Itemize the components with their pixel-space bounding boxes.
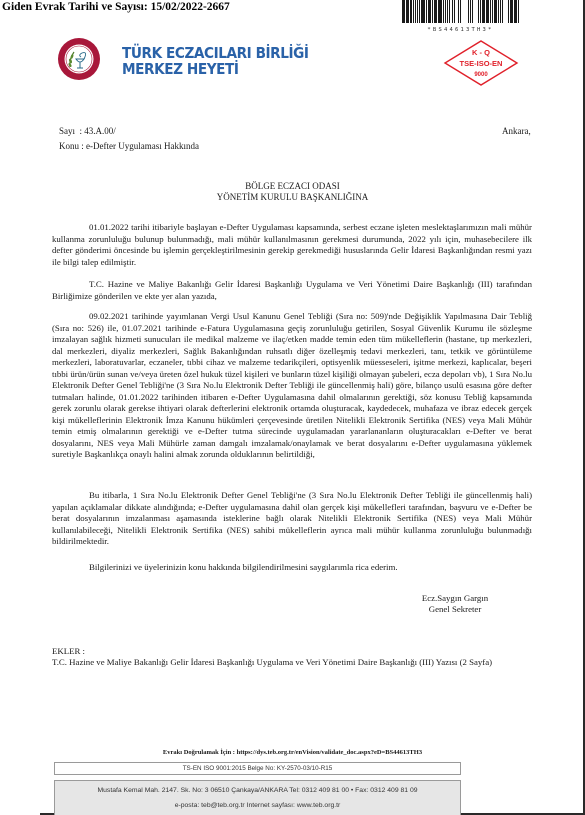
city-date: Ankara, xyxy=(502,126,531,136)
address-block: Mustafa Kemal Mah. 2147. Sk. No: 3 06510… xyxy=(54,780,461,815)
body-paragraph: 09.02.2021 tarihinde yayımlanan Vergi Us… xyxy=(52,311,532,461)
svg-text:TSE-ISO-EN: TSE-ISO-EN xyxy=(460,59,503,68)
barcode-icon xyxy=(402,0,519,30)
document-number: Sayı : 43.A.00/ xyxy=(59,126,116,136)
body-paragraph: Bilgilerinizi ve üyelerinizin konu hakkı… xyxy=(52,562,532,574)
outgoing-document-stamp: Giden Evrak Tarihi ve Sayısı: 15/02/2022… xyxy=(2,1,230,13)
svg-text:9000: 9000 xyxy=(474,72,488,78)
organization-name: TÜRK ECZACILARI BİRLİĞİ MERKEZ HEYETİ xyxy=(122,45,309,77)
organization-name-line2: MERKEZ HEYETİ xyxy=(122,61,309,77)
address-line: Mustafa Kemal Mah. 2147. Sk. No: 3 06510… xyxy=(55,786,460,796)
barcode-text: *BS44613TH3* xyxy=(402,27,519,33)
sayi-label: Sayı xyxy=(59,126,75,136)
attachments-label: EKLER : xyxy=(52,646,522,657)
sayi-value: : 43.A.00/ xyxy=(80,126,116,136)
signatory-name: Ecz.Saygın Gargın xyxy=(400,593,510,604)
contact-line[interactable]: e-posta: teb@teb.org.tr Internet sayfası… xyxy=(55,801,460,811)
recipient-line2: YÖNETİM KURULU BAŞKANLIĞINA xyxy=(0,192,585,203)
body-paragraph: T.C. Hazine ve Maliye Bakanlığı Gelir İd… xyxy=(52,279,532,302)
body-paragraph: Bu itibarla, 1 Sıra No.lu Elektronik Def… xyxy=(52,490,532,548)
teb-seal-logo-icon xyxy=(57,37,101,81)
svg-text:K - Q: K - Q xyxy=(472,48,490,57)
verification-link[interactable]: Evrakı Doğrulamak İçin : https://dys.teb… xyxy=(0,749,585,756)
attachment-item: T.C. Hazine ve Maliye Bakanlığı Gelir İd… xyxy=(52,657,522,668)
attachments-section: EKLER : T.C. Hazine ve Maliye Bakanlığı … xyxy=(52,646,522,668)
document-subject: Konu : e-Defter Uygulaması Hakkında xyxy=(59,141,199,151)
konu-label: Konu xyxy=(59,141,79,151)
organization-name-line1: TÜRK ECZACILARI BİRLİĞİ xyxy=(122,45,309,61)
body-paragraph: 01.01.2022 tarihi itibariyle başlayan e-… xyxy=(52,222,532,268)
signatory-title: Genel Sekreter xyxy=(400,604,510,615)
iso-certification-badge-icon: K - Q TSE-ISO-EN 9000 xyxy=(443,40,519,86)
recipient-line1: BÖLGE ECZACI ODASI xyxy=(0,181,585,192)
signature-block: Ecz.Saygın Gargın Genel Sekreter xyxy=(400,593,510,615)
konu-value: : e-Defter Uygulaması Hakkında xyxy=(81,141,199,151)
certificate-info: TS-EN ISO 9001:2015 Belge No: KY-2570-03… xyxy=(54,762,461,775)
